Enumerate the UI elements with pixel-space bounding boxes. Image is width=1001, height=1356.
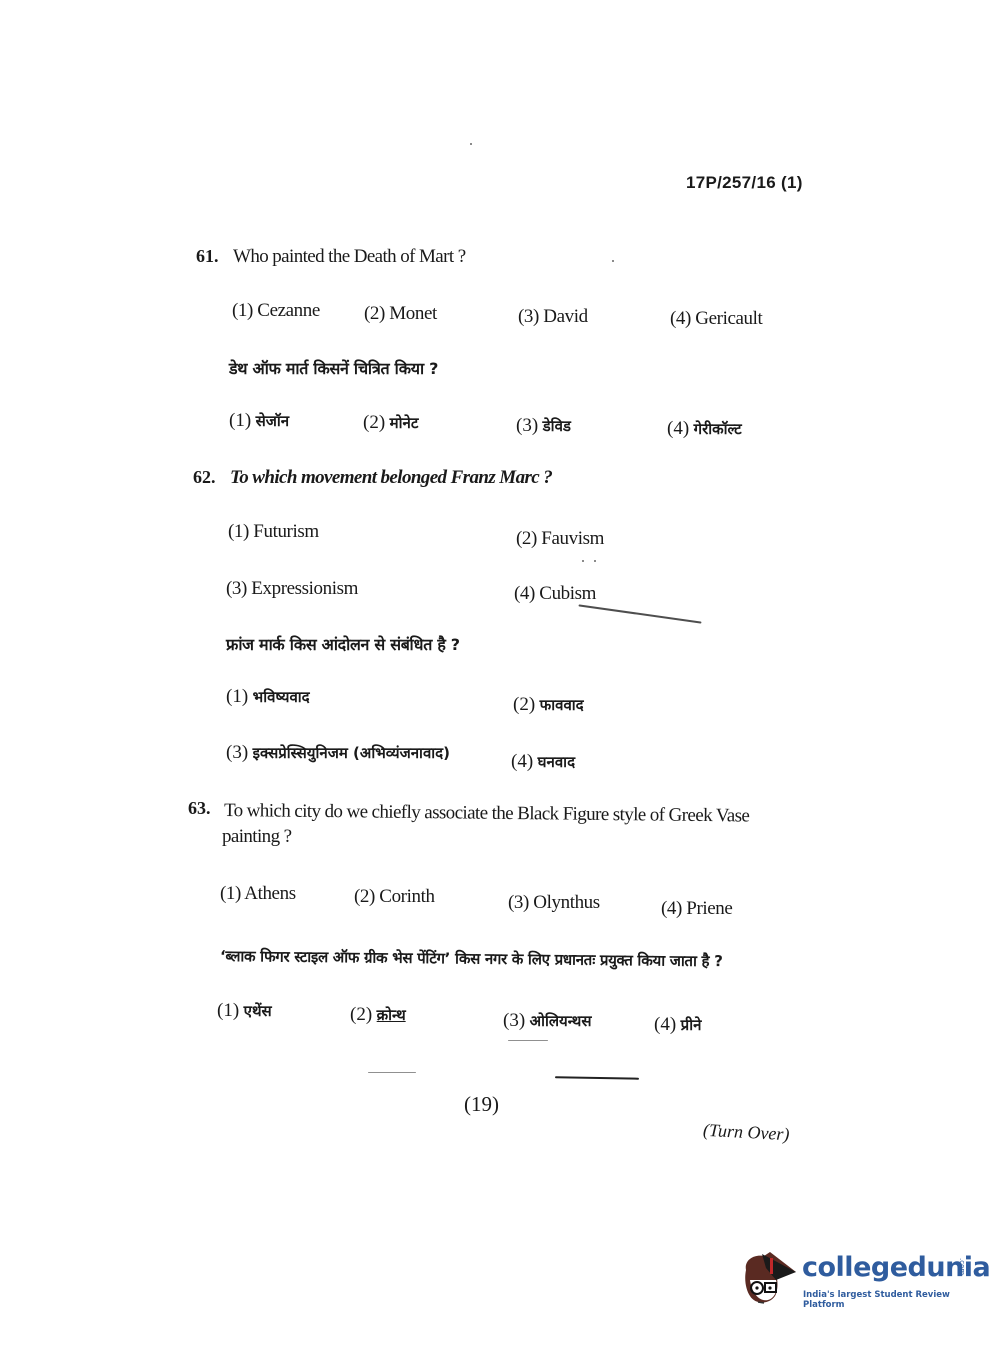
brand-tagline: India's largest Student Review Platform	[803, 1290, 970, 1310]
question-number: 62.	[193, 467, 216, 488]
scan-dot	[470, 143, 472, 145]
question-text-hi: फ्रांज मार्क किस आंदोलन से संबंधित है ?	[226, 633, 460, 655]
page-number: (19)	[464, 1092, 499, 1117]
pen-mark	[368, 1072, 416, 1073]
option-2-en: (2) Corinth	[354, 886, 435, 908]
question-number: 63.	[188, 798, 211, 819]
question-text-en: Who painted the Death of Mart ?	[233, 246, 466, 268]
turn-over-note: (Turn Over)	[703, 1120, 790, 1145]
option-4-en: (4) Priene	[661, 898, 732, 920]
question-text-hi: ‘ब्लाक फिगर स्टाइल ऑफ ग्रीक भेस पेंटिंग’…	[220, 946, 723, 971]
option-4-hi: (4) गेरीकॉल्ट	[667, 418, 742, 440]
question-text-en-line2: painting ?	[222, 826, 291, 848]
option-1-hi: (1) भविष्यवाद	[226, 686, 310, 708]
pen-mark	[578, 604, 701, 623]
option-1-hi: (1) सेजॉन	[229, 410, 289, 432]
option-4-en: (4) Cubism	[514, 583, 596, 605]
question-text-en-line1: To which city do we chiefly associate th…	[224, 800, 750, 828]
option-3-hi: (3) डेविड	[516, 415, 571, 437]
option-3-hi: (3) ओलियन्थस	[503, 1010, 592, 1032]
mascot-icon	[740, 1250, 800, 1312]
option-1-hi: (1) एथेंस	[217, 1000, 272, 1022]
option-1-en: (1) Futurism	[228, 521, 319, 543]
pen-mark	[555, 1076, 639, 1079]
option-1-en: (1) Athens	[220, 883, 296, 905]
scan-dot	[582, 560, 584, 562]
option-4-en: (4) Gericault	[670, 308, 762, 330]
question-number: 61.	[196, 246, 219, 267]
option-1-en: (1) Cezanne	[232, 300, 320, 322]
option-3-en: (3) Olynthus	[508, 892, 600, 914]
option-2-hi: (2) फाववाद	[513, 694, 584, 716]
option-4-hi: (4) प्रीने	[654, 1014, 701, 1036]
option-2-en: (2) Monet	[364, 303, 437, 325]
scan-dot	[612, 260, 614, 262]
option-2-hi: (2) मोनेट	[363, 412, 418, 434]
option-2-en: (2) Fauvism	[516, 528, 604, 550]
question-text-en: To which movement belonged Franz Marc ?	[230, 467, 552, 489]
question-text-hi: डेथ ऑफ मार्त किसनें चित्रित किया ?	[229, 357, 438, 379]
option-4-hi: (4) घनवाद	[511, 751, 575, 773]
paper-code: 17P/257/16 (1)	[686, 173, 803, 193]
pen-mark	[508, 1040, 548, 1041]
option-3-hi: (3) इक्सप्रेस्सियुनिजम (अभिव्यंजनावाद)	[226, 742, 450, 764]
option-3-en: (3) Expressionism	[226, 578, 358, 600]
scan-dot	[594, 560, 596, 562]
brand-com: .com	[958, 1258, 966, 1275]
option-3-en: (3) David	[518, 306, 588, 328]
option-2-hi: (2) क्रोन्थ	[350, 1004, 406, 1026]
collegedunia-watermark: collegedunia .com India's largest Studen…	[740, 1250, 970, 1310]
